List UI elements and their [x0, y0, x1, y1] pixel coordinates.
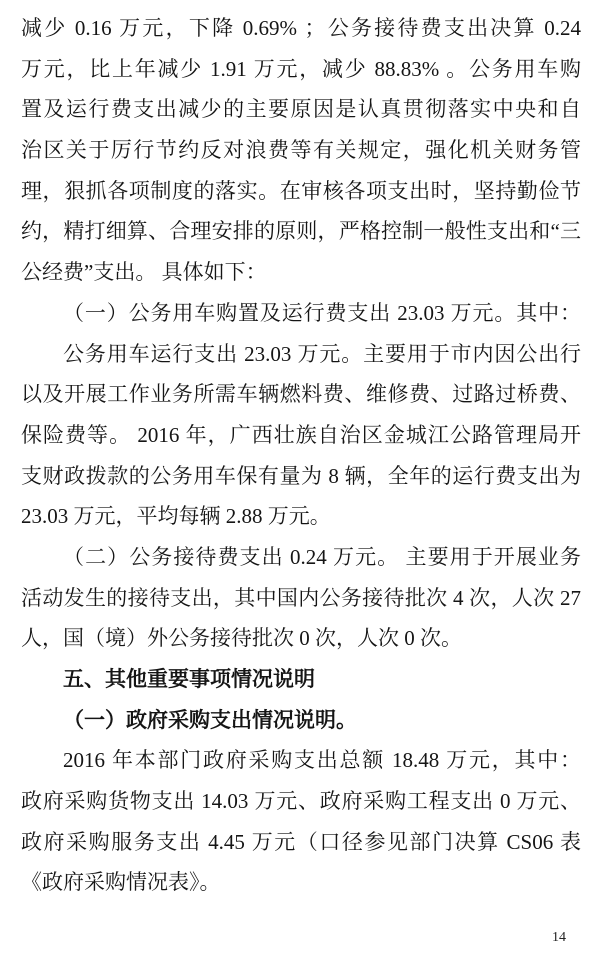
page-number: 14	[552, 928, 566, 948]
text-line: 《政府采购情况表》。	[21, 862, 581, 903]
document-page: 减少 0.16 万元，下降 0.69% ；公务接待费支出决算 0.24 万元，比…	[0, 0, 600, 968]
text-line: 置及运行费支出减少的主要原因是认真贯彻落实中央和自	[21, 89, 581, 130]
text-line: 政府采购服务支出 4.45 万元（口径参见部门决算 CS06 表	[21, 822, 581, 863]
text-line: 活动发生的接待支出，其中国内公务接待批次 4 次，人次 27	[21, 578, 581, 619]
text-line: 公务用车运行支出 23.03 万元。主要用于市内因公出行	[21, 334, 581, 375]
text-line: （一）公务用车购置及运行费支出 23.03 万元。其中：	[21, 293, 581, 334]
text-line: 治区关于厉行节约反对浪费等有关规定，强化机关财务管	[21, 130, 581, 171]
text-line: 万元，比上年减少 1.91 万元，减少 88.83% 。公务用车购	[21, 49, 581, 90]
text-line: 约，精打细算、合理安排的原则，严格控制一般性支出和“三	[21, 211, 581, 252]
subsection-heading: （一）政府采购支出情况说明。	[21, 700, 581, 741]
text-line: 减少 0.16 万元，下降 0.69% ；公务接待费支出决算 0.24	[21, 8, 581, 49]
document-body: 减少 0.16 万元，下降 0.69% ；公务接待费支出决算 0.24 万元，比…	[21, 8, 581, 903]
text-line: 2016 年本部门政府采购支出总额 18.48 万元，其中：	[21, 740, 581, 781]
text-line: 人，国（境）外公务接待批次 0 次，人次 0 次。	[21, 618, 581, 659]
text-line: 支财政拨款的公务用车保有量为 8 辆，全年的运行费支出为	[21, 456, 581, 497]
text-line: 政府采购货物支出 14.03 万元、政府采购工程支出 0 万元、	[21, 781, 581, 822]
text-line: 以及开展工作业务所需车辆燃料费、维修费、过路过桥费、	[21, 374, 581, 415]
text-line: 理，狠抓各项制度的落实。在审核各项支出时，坚持勤俭节	[21, 171, 581, 212]
text-line: 保险费等。 2016 年，广西壮族自治区金城江公路管理局开	[21, 415, 581, 456]
section-heading: 五、其他重要事项情况说明	[21, 659, 581, 700]
text-line: 公经费”支出。 具体如下：	[21, 252, 581, 293]
text-line: 23.03 万元，平均每辆 2.88 万元。	[21, 496, 581, 537]
text-line: （二）公务接待费支出 0.24 万元。 主要用于开展业务	[21, 537, 581, 578]
